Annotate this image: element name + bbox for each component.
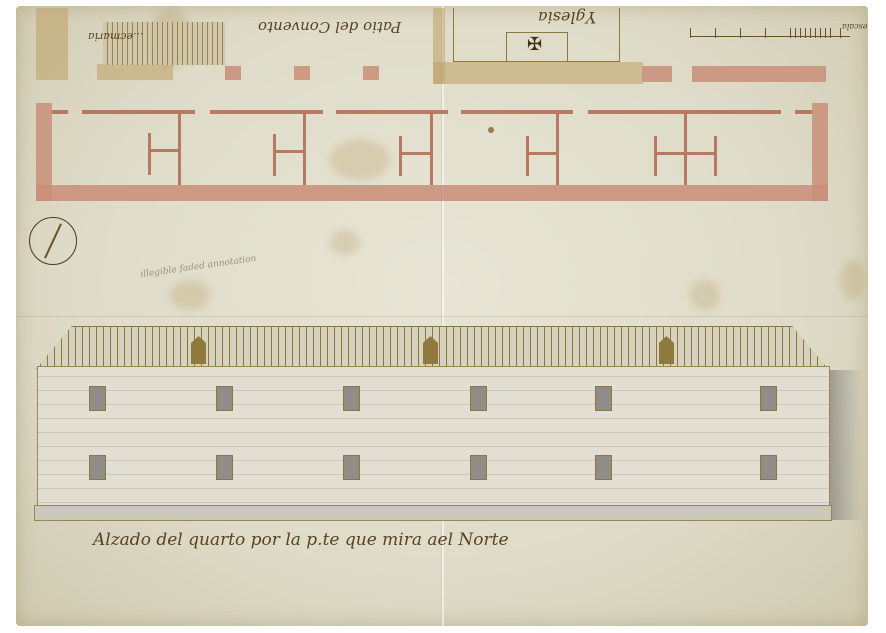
window bbox=[470, 386, 487, 411]
window bbox=[595, 455, 612, 480]
church-wall bbox=[433, 62, 643, 84]
adjacent-wall bbox=[36, 8, 68, 80]
railing bbox=[103, 22, 225, 65]
window bbox=[760, 386, 777, 411]
cross-icon: ✠ bbox=[527, 34, 542, 55]
facade-wall bbox=[37, 366, 830, 508]
pillar bbox=[294, 66, 310, 80]
window bbox=[595, 386, 612, 411]
window bbox=[343, 386, 360, 411]
cast-shadow bbox=[828, 370, 864, 520]
wall-segment bbox=[692, 66, 826, 82]
window bbox=[216, 455, 233, 480]
pillar bbox=[363, 66, 379, 80]
wall-segment bbox=[642, 66, 672, 82]
adjacent-wall bbox=[97, 64, 173, 80]
window bbox=[216, 386, 233, 411]
window bbox=[89, 386, 106, 411]
window bbox=[760, 455, 777, 480]
stain bbox=[840, 260, 865, 300]
window bbox=[343, 455, 360, 480]
horizontal-fold bbox=[16, 316, 868, 317]
label-patio: Patio del Convento bbox=[258, 18, 401, 36]
window bbox=[89, 455, 106, 480]
stain bbox=[330, 230, 360, 255]
window bbox=[470, 455, 487, 480]
stain bbox=[690, 280, 720, 310]
stain bbox=[330, 140, 390, 180]
label-partial: ...ecmaria bbox=[88, 30, 143, 43]
caption-title: Alzado del quarto por la p.te que mira a… bbox=[93, 530, 509, 550]
stain bbox=[170, 280, 210, 310]
label-iglesia: Yglesia bbox=[538, 8, 596, 27]
plinth bbox=[34, 505, 832, 521]
pillar bbox=[225, 66, 241, 80]
compass-rose-icon bbox=[29, 217, 77, 265]
